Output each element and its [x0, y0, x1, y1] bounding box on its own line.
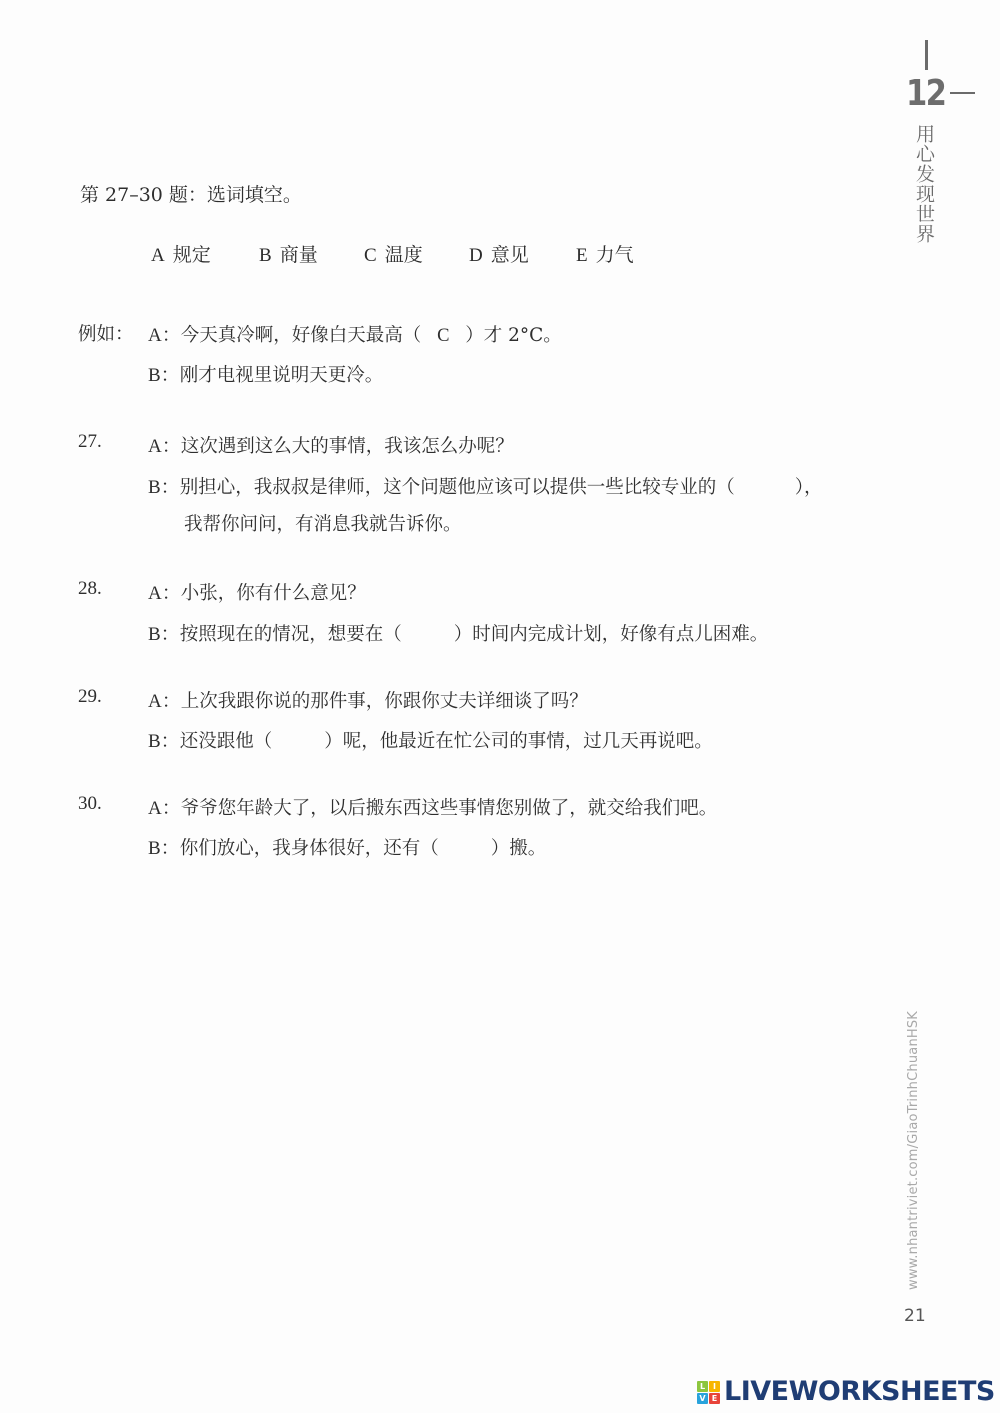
chapter-horizontal-rule	[950, 92, 975, 94]
answer-input-30[interactable]	[443, 838, 487, 860]
question-number: 28.	[78, 578, 102, 600]
question-27-line-a: A：这次遇到这么大的事情，我该怎么办呢？	[148, 431, 514, 458]
answer-input-28[interactable]	[406, 624, 450, 646]
question-29-line-a: A：上次我跟你说的那件事，你跟你丈夫详细谈了吗？	[148, 686, 588, 713]
question-number: 27.	[78, 431, 102, 453]
question-30-line-b: B：你们放心，我身体很好，还有（）搬。	[148, 833, 546, 860]
question-29-line-b: B：还没跟他（）呢，他最近在忙公司的事情，过几天再说吧。	[148, 726, 713, 753]
example-line-b: B：刚才电视里说明天更冷。	[148, 360, 383, 387]
word-option-e: E力气	[576, 240, 634, 267]
worksheet-page: 12 用心发现世界 第 27–30 题：选词填空。 A规定 B商量 C温度 D意…	[0, 0, 1000, 1413]
page-number: 21	[904, 1306, 926, 1326]
word-bank: A规定 B商量 C温度 D意见 E力气	[151, 240, 634, 267]
answer-input-29[interactable]	[276, 731, 320, 753]
question-number: 30.	[78, 793, 102, 815]
question-28-line-b: B：按照现在的情况，想要在（）时间内完成计划，好像有点儿困难。	[148, 619, 768, 646]
live-tiles-icon: L I V E	[697, 1381, 720, 1404]
question-27-line-b: B：别担心，我叔叔是律师，这个问题他应该可以提供一些比较专业的（），	[148, 472, 822, 499]
question-27-line-b-continued: 我帮你问问，有消息我就告诉你。	[184, 510, 462, 536]
chapter-title: 用心发现世界	[912, 124, 934, 244]
example-answer: C	[421, 325, 465, 347]
word-option-a: A规定	[151, 240, 259, 267]
question-30-line-a: A：爷爷您年龄大了，以后搬东西这些事情您别做了，就交给我们吧。	[148, 793, 717, 820]
word-option-c: C温度	[364, 240, 469, 267]
question-28-line-a: A：小张，你有什么意见？	[148, 578, 366, 605]
question-number: 29.	[78, 686, 102, 708]
answer-input-27[interactable]	[739, 477, 791, 499]
section-instruction: 第 27–30 题：选词填空。	[80, 180, 302, 207]
logo-wordmark: LIVEWORKSHEETS	[724, 1377, 995, 1407]
example-label: 例如：	[78, 320, 134, 346]
chapter-vertical-rule	[925, 40, 928, 70]
word-option-b: B商量	[259, 240, 364, 267]
example-line-a: A：今天真冷啊，好像白天最高（C）才 2°C。	[148, 320, 562, 347]
publisher-url: www.nhantriviet.com/GiaoTrinhChuanHSK	[906, 995, 921, 1290]
chapter-number: 12	[906, 72, 945, 116]
liveworksheets-logo[interactable]: L I V E LIVEWORKSHEETS	[697, 1377, 995, 1407]
word-option-d: D意见	[469, 240, 576, 267]
